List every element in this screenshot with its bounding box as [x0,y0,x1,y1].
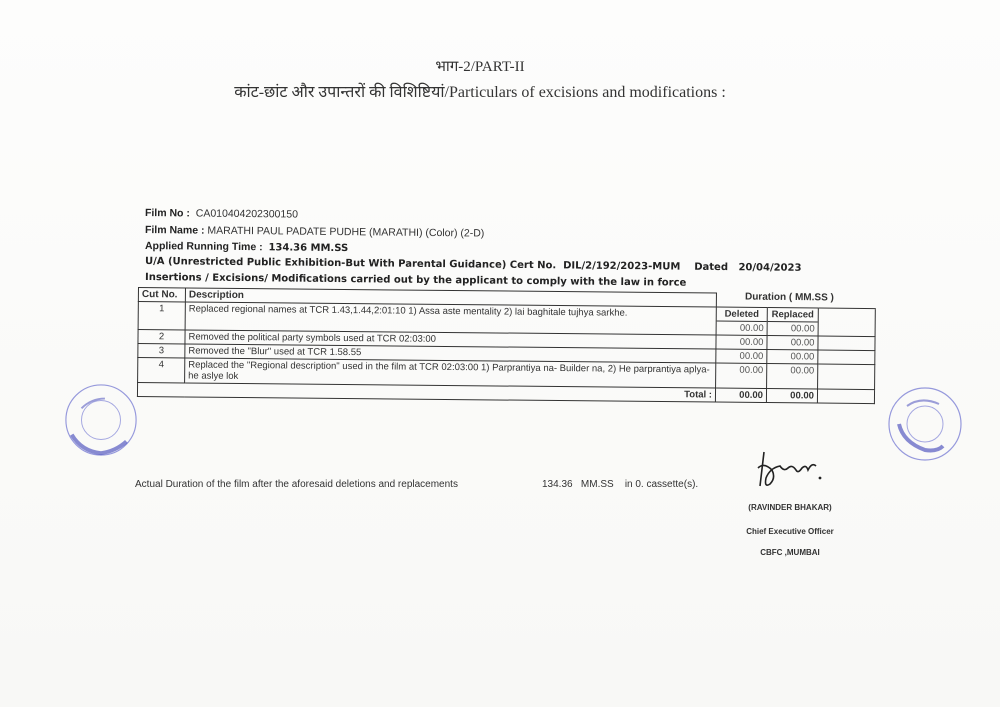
signatory-office: CBFC ,MUMBAI [735,548,845,557]
deleted-cell: 00.00 [716,349,767,363]
replaced-cell: 00.00 [767,350,818,364]
replaced-cell: 00.00 [768,322,818,335]
cuts-table: Cut No. Description 1 Replaced regional … [137,287,876,404]
cut-no-cell: 4 [138,358,185,383]
dated-value: 20/04/2023 [738,262,801,274]
replaced-cell: 00.00 [767,336,818,350]
official-seal-icon [885,383,965,465]
total-deleted: 00.00 [715,388,766,402]
deleted-cell: 00.00 [716,335,767,349]
cut-no-cell: 2 [138,330,185,344]
header-cut-no: Cut No. [138,288,185,302]
cert-no: DIL/2/192/2023-MUM [563,260,680,272]
signatory-name: (RAVINDER BHAKAR) [735,503,845,512]
running-time-value: 134.36 MM.SS [268,242,348,254]
actual-duration-line: Actual Duration of the film after the af… [135,479,458,490]
actual-duration-label: Actual Duration of the film after the af… [135,479,458,490]
film-no-label: Film No : [145,207,190,219]
film-name-line: Film Name : MARATHI PAUL PADATE PUDHE (M… [145,224,484,240]
film-no-line: Film No : CA010404202300150 [145,207,298,221]
deleted-cell: 00.00 [717,322,767,335]
actual-duration-value: 134.36 MM.SS in 0. cassette(s). [542,479,698,490]
signature-icon [750,448,830,490]
part-label: भाग-2/PART-II [0,56,960,76]
film-no-value: CA010404202300150 [196,208,298,221]
film-name-value: MARATHI PAUL PADATE PUDHE (MARATHI) (Col… [207,225,484,240]
header-deleted: Deleted [717,308,767,322]
certificate-text: U/A (Unrestricted Public Exhibition-But … [145,256,556,271]
modifications-caption: Insertions / Excisions/ Modifications ca… [145,272,686,289]
certificate-line: U/A (Unrestricted Public Exhibition-But … [145,256,802,274]
document-heading: कांट-छांट और उपान्तरों की विशिष्टियां/Pa… [0,80,960,102]
cut-no-cell: 3 [138,344,185,358]
signatory-title: Chief Executive Officer [728,527,852,536]
replaced-cell: 00.00 [767,364,818,389]
cut-no-cell: 1 [138,302,185,330]
running-time-line: Applied Running Time : 134.36 MM.SS [145,240,348,254]
official-seal-icon [62,380,140,460]
total-replaced: 00.00 [766,389,817,403]
running-time-label: Applied Running Time : [145,240,263,253]
document-page: भाग-2/PART-II कांट-छांट और उपान्तरों की … [0,0,1000,707]
film-name-label: Film Name : [145,224,205,237]
dated-label: Dated [694,262,728,273]
deleted-cell: 00.00 [716,363,767,388]
header-replaced: Replaced [768,308,818,322]
